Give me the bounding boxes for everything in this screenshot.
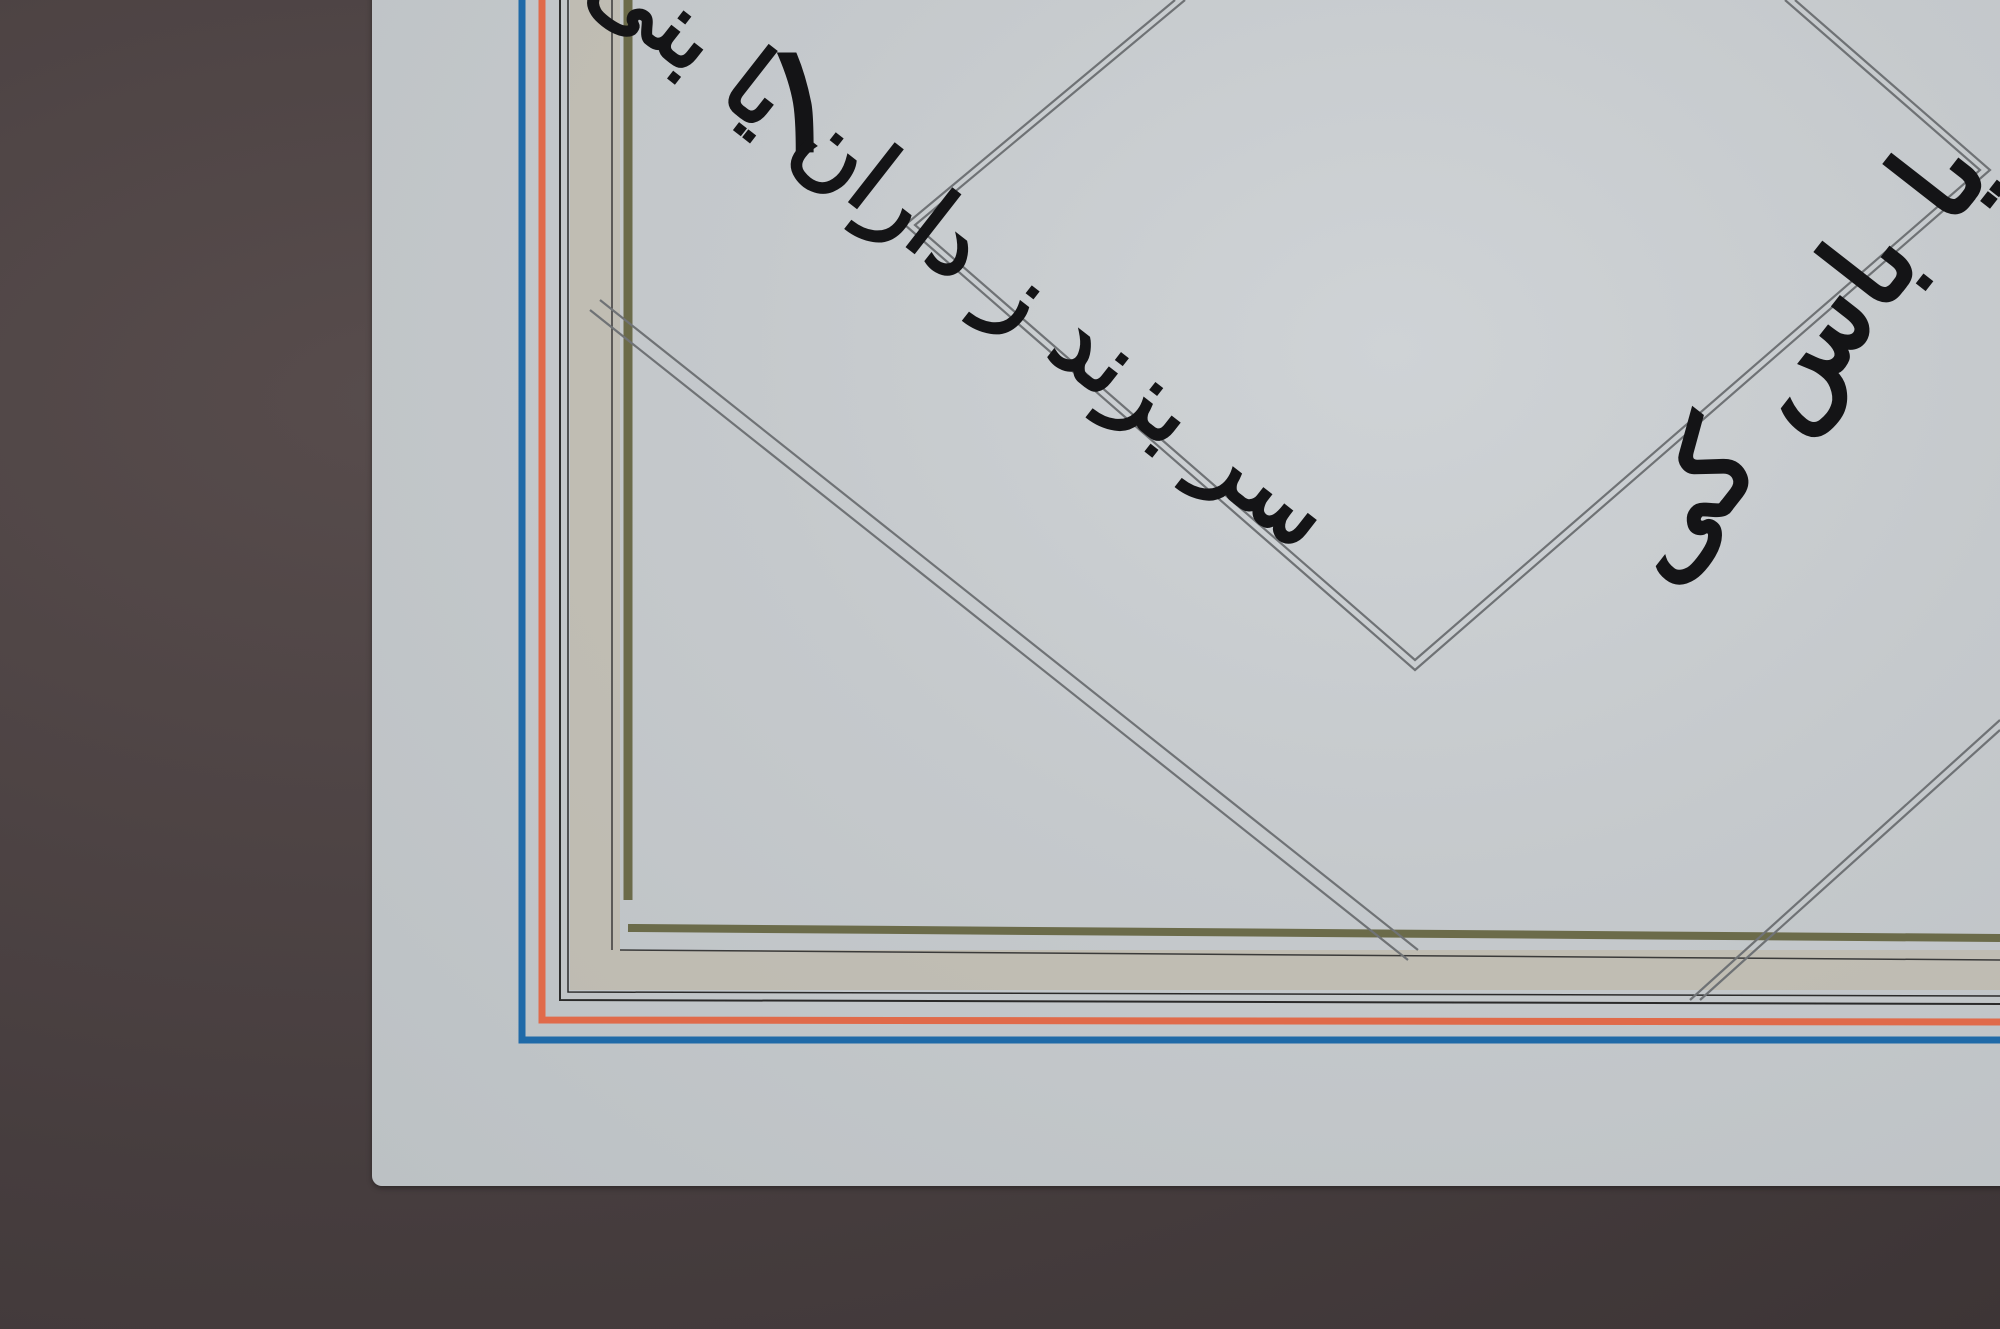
border-rules-and-panels bbox=[0, 0, 2000, 1329]
